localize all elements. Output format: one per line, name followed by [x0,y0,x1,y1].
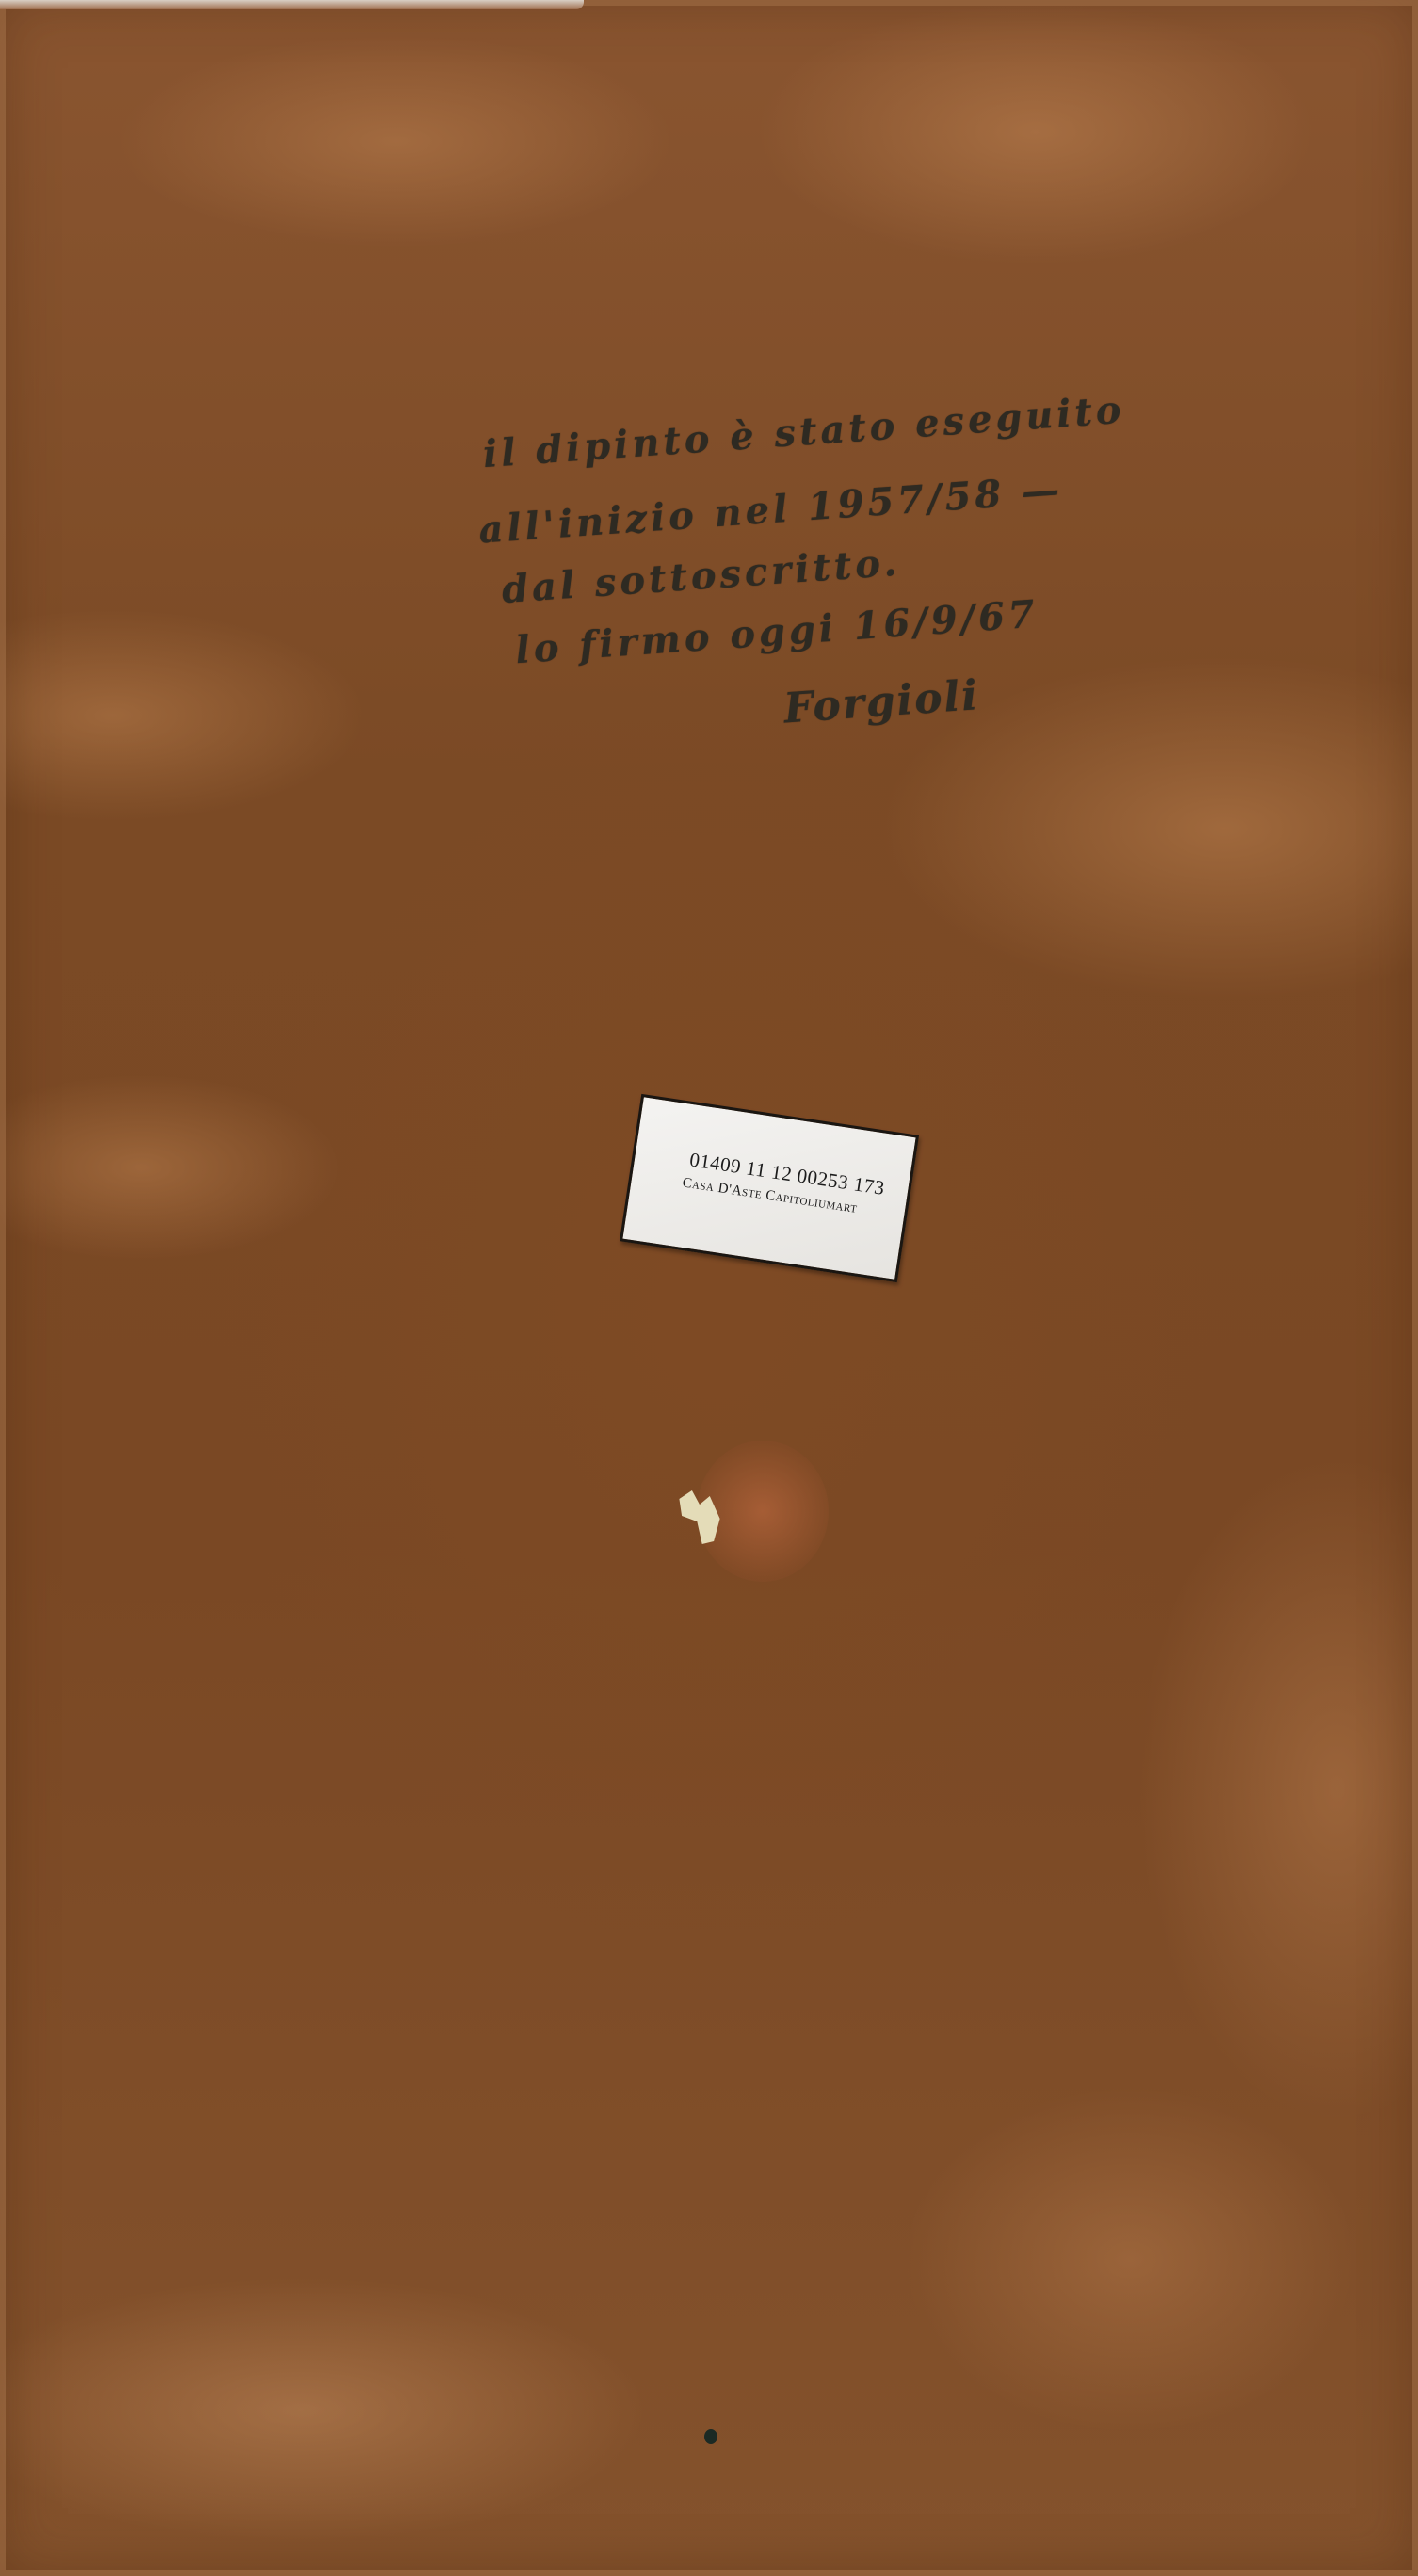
handwritten-inscription: il dipinto è stato eseguito all'inizio n… [471,368,1152,752]
ink-spot [704,2429,717,2444]
auction-label: 01409 11 12 00253 173 Casa D'Aste Capito… [620,1094,919,1282]
panel-back: il dipinto è stato eseguito all'inizio n… [0,0,1418,2576]
inscription-line: all'inizio nel 1957/58 — [477,467,1064,552]
artist-signature: Forgioli [782,671,981,733]
inscription-line: dal sottoscritto. [500,540,901,612]
stain [697,1441,829,1582]
board-top-edge [0,0,584,9]
inscription-line: il dipinto è stato eseguito [481,388,1126,477]
